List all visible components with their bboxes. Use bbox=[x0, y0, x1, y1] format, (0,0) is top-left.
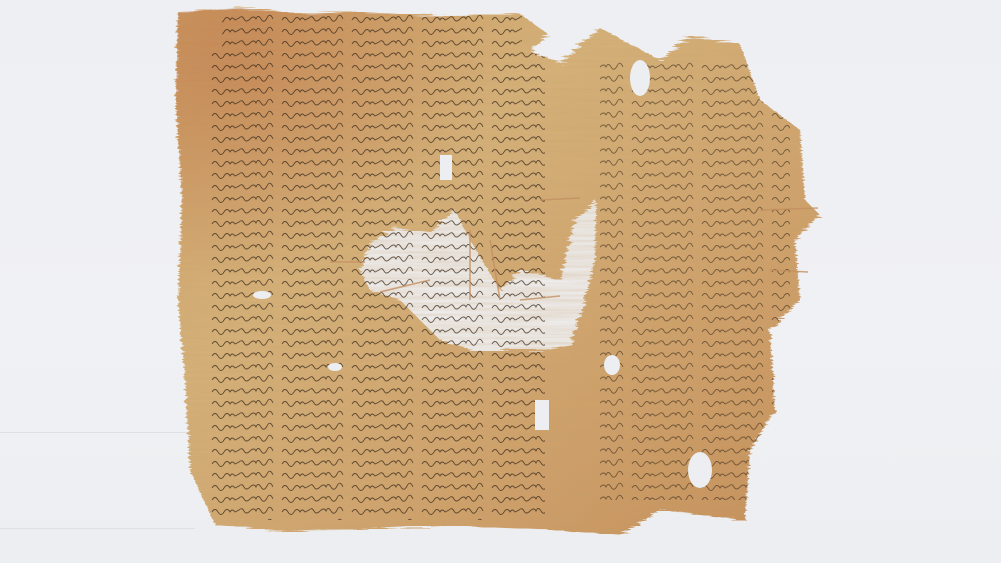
papyrus-fragment bbox=[0, 0, 1001, 563]
ink-lines-left-column bbox=[205, 50, 545, 520]
ink-lines-right-column bbox=[600, 60, 790, 500]
photo-scene: Photograph of a torn, sun-browned papyru… bbox=[0, 0, 1001, 563]
ink-lines-top bbox=[222, 14, 522, 50]
